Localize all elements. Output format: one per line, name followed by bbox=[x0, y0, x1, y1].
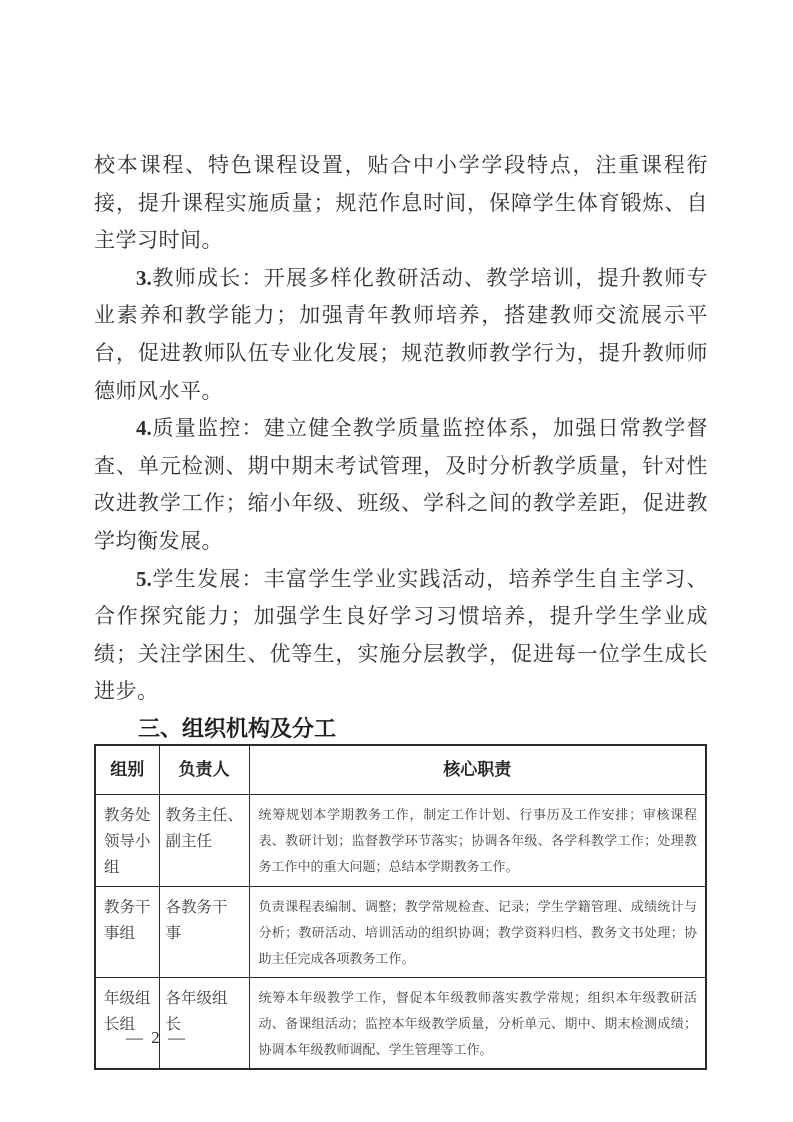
column-header-group: 组别 bbox=[95, 745, 159, 795]
table-row: 教务处 领导小 组 教务主任、 副主任 统筹规划本学期教务工作，制定工作计划、行… bbox=[95, 795, 706, 887]
paragraph-continuation: 校本课程、特色课程设置，贴合中小学学段特点，注重课程衔接，提升课程实施质量；规范… bbox=[94, 147, 708, 260]
paragraph-text: 校本课程、特色课程设置，贴合中小学学段特点，注重课程衔接，提升课程实施质量；规范… bbox=[94, 153, 708, 252]
table-header-row: 组别 负责人 核心职责 bbox=[95, 745, 706, 795]
cell-leader: 教务主任、 副主任 bbox=[159, 795, 249, 887]
cell-duties: 负责课程表编制、调整；教学常规检查、记录；学生学籍管理、成绩统计与分析；教研活动… bbox=[249, 887, 706, 978]
section-heading: 三、组织机构及分工 bbox=[94, 714, 708, 743]
cell-group: 教务处 领导小 组 bbox=[95, 795, 159, 887]
org-structure-table: 组别 负责人 核心职责 教务处 领导小 组 教务主任、 副主任 统筹规划本学期教… bbox=[94, 744, 707, 1071]
paragraph-text: 学生发展：丰富学生学业实践活动，培养学生自主学习、合作探究能力；加强学生良好学习… bbox=[94, 567, 708, 704]
paragraph-text: 质量监控：建立健全教学质量监控体系，加强日常教学督查、单元检测、期中期末考试管理… bbox=[94, 416, 708, 553]
list-number: 4. bbox=[136, 416, 152, 440]
cell-group: 年级组 长组 bbox=[95, 978, 159, 1070]
column-header-leader: 负责人 bbox=[159, 745, 249, 795]
list-number: 5. bbox=[136, 567, 152, 591]
document-page: 校本课程、特色课程设置，贴合中小学学段特点，注重课程衔接，提升课程实施质量；规范… bbox=[0, 0, 793, 1122]
cell-leader: 各年级组 长 bbox=[159, 978, 249, 1070]
page-number: — 2 — bbox=[126, 1028, 187, 1048]
paragraph-quality-monitoring: 4.质量监控：建立健全教学质量监控体系，加强日常教学督查、单元检测、期中期末考试… bbox=[94, 410, 708, 560]
document-body: 校本课程、特色课程设置，贴合中小学学段特点，注重课程衔接，提升课程实施质量；规范… bbox=[94, 147, 708, 1070]
list-number: 3. bbox=[136, 266, 152, 290]
column-header-duties: 核心职责 bbox=[249, 745, 706, 795]
cell-leader: 各教务干 事 bbox=[159, 887, 249, 978]
cell-group: 教务干 事组 bbox=[95, 887, 159, 978]
paragraph-text: 教师成长：开展多样化教研活动、教学培训，提升教师专业素养和教学能力；加强青年教师… bbox=[94, 266, 708, 403]
paragraph-teacher-growth: 3.教师成长：开展多样化教研活动、教学培训，提升教师专业素养和教学能力；加强青年… bbox=[94, 260, 708, 410]
cell-duties: 统筹本年级教学工作，督促本年级教师落实教学常规；组织本年级教研活动、备课组活动；… bbox=[249, 978, 706, 1070]
table-row: 年级组 长组 各年级组 长 统筹本年级教学工作，督促本年级教师落实教学常规；组织… bbox=[95, 978, 706, 1070]
paragraph-student-development: 5.学生发展：丰富学生学业实践活动，培养学生自主学习、合作探究能力；加强学生良好… bbox=[94, 561, 708, 711]
table-row: 教务干 事组 各教务干 事 负责课程表编制、调整；教学常规检查、记录；学生学籍管… bbox=[95, 887, 706, 978]
cell-duties: 统筹规划本学期教务工作，制定工作计划、行事历及工作安排；审核课程表、教研计划；监… bbox=[249, 795, 706, 887]
